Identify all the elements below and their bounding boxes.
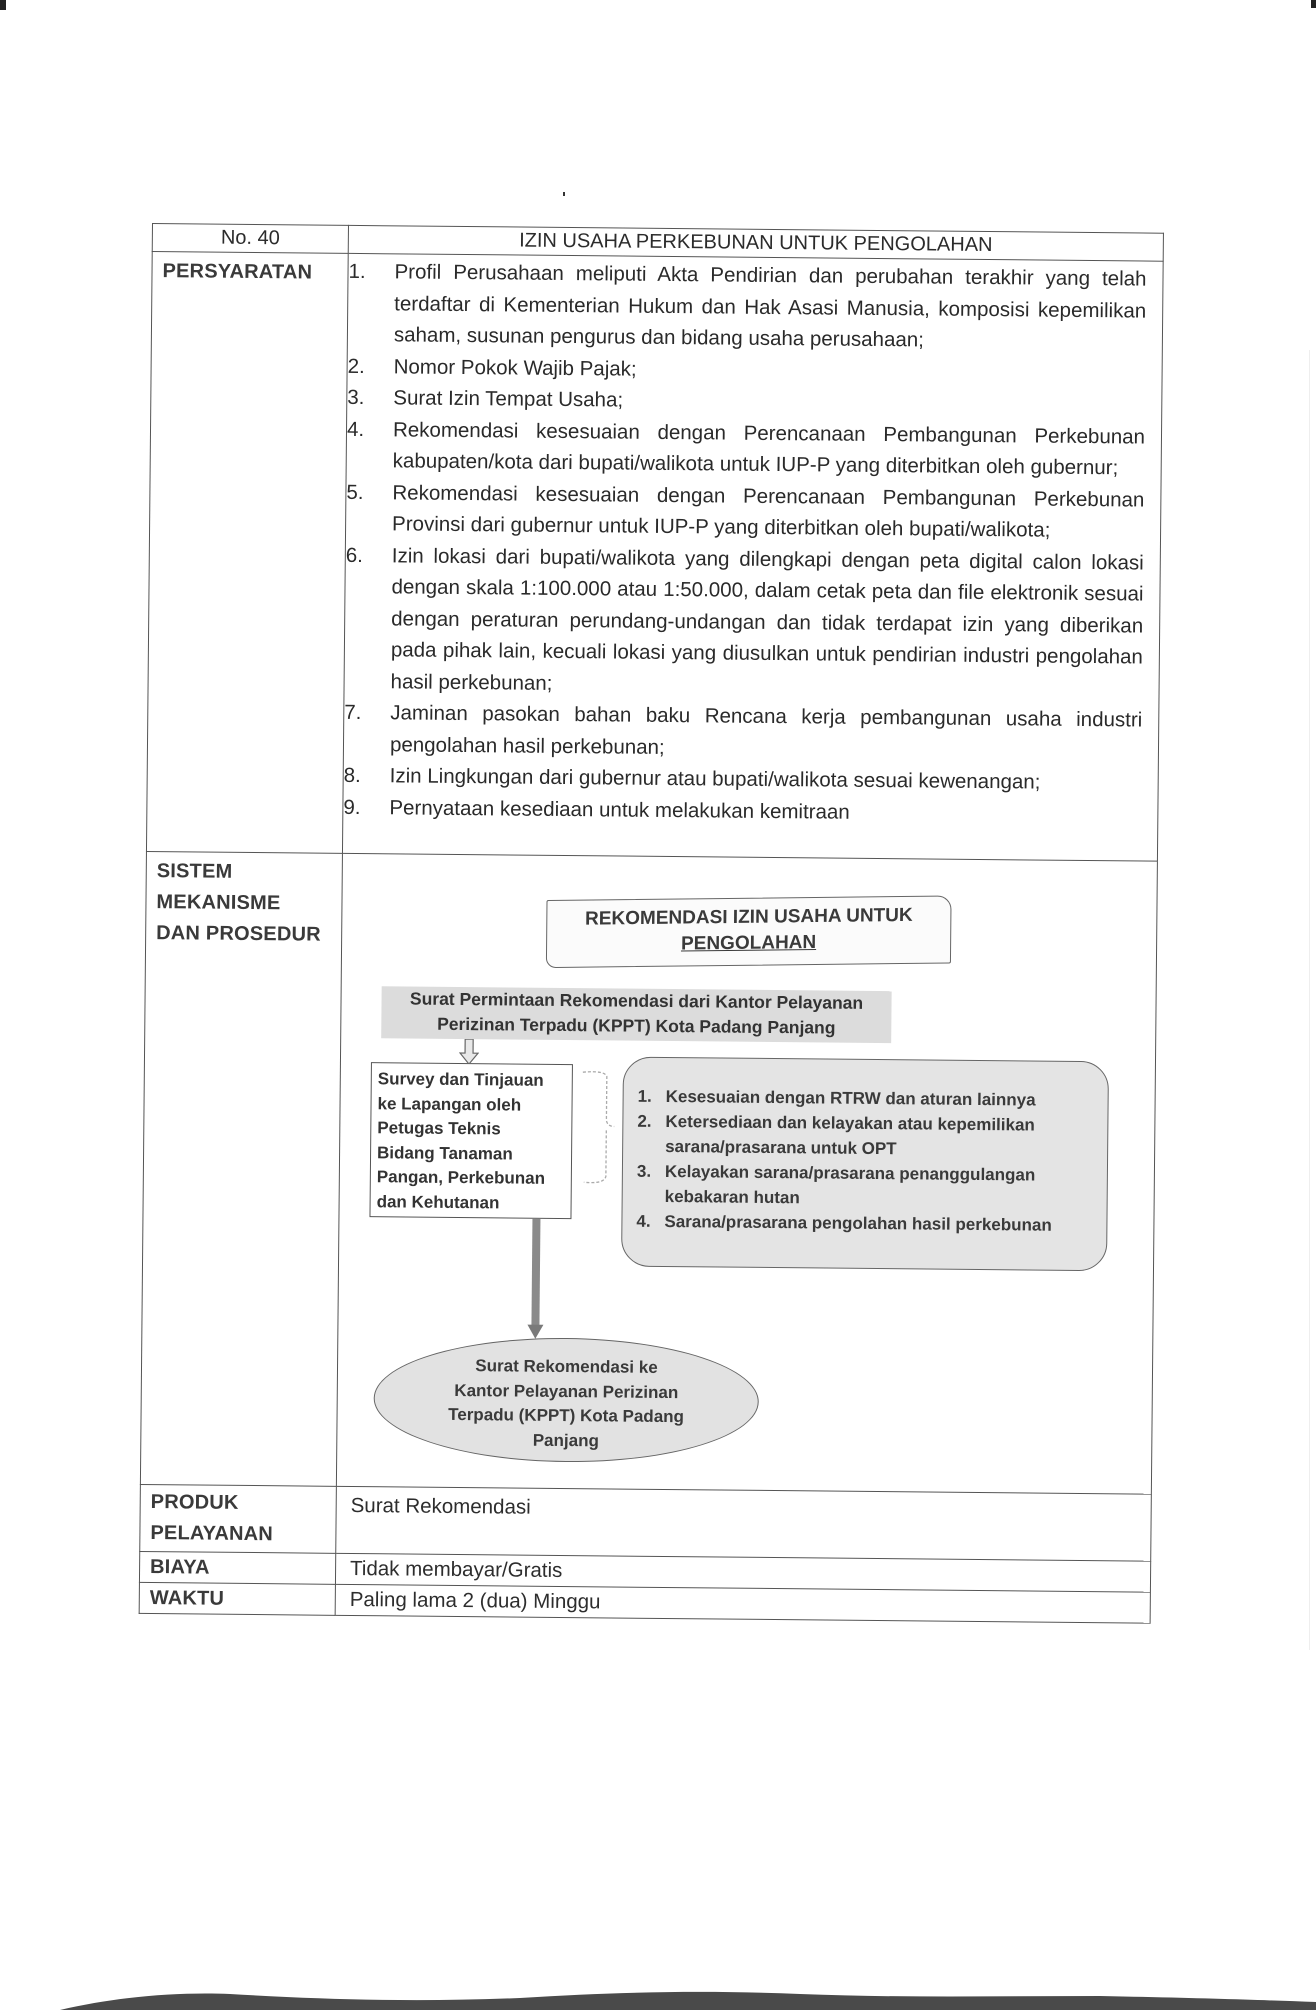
requirement-number: 5. (346, 476, 393, 539)
produk-row: PRODUK PELAYANAN Surat Rekomendasi (140, 1484, 1152, 1561)
scan-corner-mark (1311, 0, 1316, 8)
result-line: Kantor Pelayanan Perizinan (375, 1378, 758, 1406)
criteria-item: 3. Kelayakan sarana/prasarana penanggula… (637, 1159, 1097, 1213)
produk-value: Surat Rekomendasi (336, 1486, 1152, 1561)
criteria-number: 2. (637, 1109, 665, 1159)
scan-bottom-shadow (0, 1988, 1316, 2010)
biaya-label: BIAYA (139, 1551, 335, 1584)
criteria-number: 4. (636, 1209, 664, 1234)
flowchart-title-line: REKOMENDASI IZIN USAHA UNTUK (547, 902, 950, 933)
requirement-item: 1. Profil Perusahaan meliputi Akta Pendi… (348, 256, 1147, 358)
survey-line: dan Kehutanan (376, 1190, 564, 1216)
requirement-number: 1. (348, 256, 395, 351)
criteria-list: 1. Kesesuaian dengan RTRW dan aturan lai… (636, 1084, 1097, 1238)
produk-label: PRODUK PELAYANAN (140, 1484, 337, 1553)
down-arrow-icon (459, 1039, 479, 1065)
persyaratan-content: 1. Profil Perusahaan meliputi Akta Pendi… (342, 253, 1163, 861)
survey-line: Pangan, Perkebunan (377, 1165, 565, 1191)
procedure-flowchart: REKOMENDASI IZIN USAHA UNTUK PENGOLAHAN … (337, 854, 1157, 1494)
produk-label-line: PRODUK (151, 1487, 336, 1520)
sistem-label-line: MEKANISME (156, 887, 341, 920)
requirement-text: Pernyataan kesediaan untuk melakukan kem… (389, 792, 1141, 831)
requirement-number: 4. (347, 413, 394, 476)
requirement-number: 3. (347, 382, 393, 414)
scan-speck (563, 192, 565, 196)
result-line: Surat Rekomendasi ke (375, 1353, 758, 1381)
field-survey-step: Survey dan Tinjauan ke Lapangan oleh Pet… (369, 1062, 572, 1219)
requirement-text: Rekomendasi kesesuaian dengan Perencanaa… (393, 414, 1146, 484)
requirement-number: 2. (347, 350, 393, 382)
criteria-item: 4. Sarana/prasarana pengolahan hasil per… (636, 1209, 1096, 1238)
requirement-item: 6. Izin lokasi dari bupati/walikota yang… (344, 539, 1143, 704)
waktu-label: WAKTU (139, 1582, 335, 1615)
assessment-criteria-box: 1. Kesesuaian dengan RTRW dan aturan lai… (621, 1057, 1109, 1272)
requirement-number: 7. (344, 697, 391, 760)
survey-line: Survey dan Tinjauan (378, 1067, 566, 1093)
recommendation-letter-result: Surat Rekomendasi ke Kantor Pelayanan Pe… (373, 1336, 759, 1464)
sistem-content: REKOMENDASI IZIN USAHA UNTUK PENGOLAHAN … (336, 853, 1157, 1494)
service-info-table: No. 40 IZIN USAHA PERKEBUNAN UNTUK PENGO… (139, 223, 1164, 1624)
flowchart-title-banner: REKOMENDASI IZIN USAHA UNTUK PENGOLAHAN (546, 895, 952, 968)
flowchart-title-line: PENGOLAHAN (547, 928, 950, 959)
survey-line: Petugas Teknis (377, 1116, 565, 1142)
sistem-label-line: DAN PROSEDUR (156, 918, 341, 951)
brace-connector-icon (580, 1068, 615, 1186)
criteria-text: Kelayakan sarana/prasarana penanggulanga… (665, 1159, 1097, 1213)
survey-line: Bidang Tanaman (377, 1141, 565, 1167)
result-line: Terpadu (KPPT) Kota Padang (374, 1402, 757, 1430)
criteria-number: 1. (638, 1084, 666, 1109)
requirement-text: Izin lokasi dari bupati/walikota yang di… (390, 540, 1143, 705)
requirement-number: 8. (344, 760, 390, 792)
persyaratan-label: PERSYARATAN (146, 252, 348, 854)
requirement-item: 4. Rekomendasi kesesuaian dengan Perenca… (347, 413, 1146, 484)
down-arrow-icon (526, 1219, 545, 1339)
persyaratan-row: PERSYARATAN 1. Profil Perusahaan meliput… (146, 252, 1163, 862)
requirement-item: 5. Rekomendasi kesesuaian dengan Perenca… (346, 476, 1145, 547)
scan-edge-line (1309, 350, 1310, 1650)
produk-label-line: PELAYANAN (150, 1518, 335, 1551)
request-letter-step: Surat Permintaan Rekomendasi dari Kantor… (381, 986, 891, 1043)
document-number: No. 40 (152, 224, 348, 254)
survey-line: ke Lapangan oleh (377, 1092, 565, 1118)
criteria-text: Ketersediaan dan kelayakan atau kepemili… (665, 1109, 1097, 1163)
requirement-item: 9. Pernyataan kesediaan untuk melakukan … (343, 791, 1141, 830)
requirements-list: 1. Profil Perusahaan meliputi Akta Pendi… (343, 254, 1163, 861)
criteria-item: 2. Ketersediaan dan kelayakan atau kepem… (637, 1109, 1097, 1163)
criteria-text: Sarana/prasarana pengolahan hasil perkeb… (664, 1209, 1096, 1238)
sistem-label-line: SISTEM (157, 856, 342, 889)
waktu-value: Paling lama 2 (dua) Minggu (335, 1584, 1150, 1623)
requirement-text: Rekomendasi kesesuaian dengan Perencanaa… (392, 477, 1145, 547)
scan-corner-mark (0, 0, 6, 10)
requirement-text: Jaminan pasokan bahan baku Rencana kerja… (390, 697, 1143, 767)
requirement-text: Profil Perusahaan meliputi Akta Pendiria… (394, 256, 1147, 358)
requirement-number: 6. (344, 539, 392, 697)
request-line: Perizinan Terpadu (KPPT) Kota Padang Pan… (381, 1011, 891, 1041)
requirement-number: 9. (343, 791, 389, 823)
document-table-wrapper: No. 40 IZIN USAHA PERKEBUNAN UNTUK PENGO… (139, 223, 1164, 1624)
result-line: Panjang (374, 1427, 757, 1455)
requirement-item: 7. Jaminan pasokan bahan baku Rencana ke… (344, 697, 1143, 768)
sistem-label: SISTEM MEKANISME DAN PROSEDUR (140, 851, 342, 1486)
sistem-row: SISTEM MEKANISME DAN PROSEDUR REKOMENDAS… (140, 851, 1157, 1494)
criteria-number: 3. (637, 1159, 665, 1209)
